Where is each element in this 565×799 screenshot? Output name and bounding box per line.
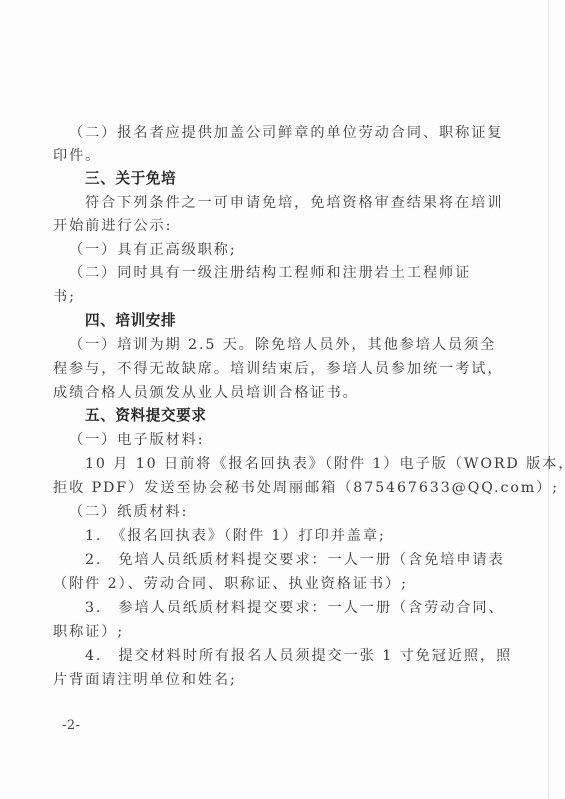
text-line: （附件 2）、劳动合同、职称证、执业资格证书）; [53, 575, 408, 593]
text-line: 成绩合格人员颁发从业人员培训合格证书。 [53, 384, 359, 402]
text-line: （一）培训为期 2.5 天。除免培人员外，其他参培人员须全 [69, 336, 496, 354]
text-line: 职称证）; [53, 623, 124, 641]
document-page: （二）报名者应提供加盖公司鲜章的单位劳动合同、职称证复印件。三、关于免培符合下列… [0, 0, 565, 799]
text-line: 开始前进行公示: [53, 217, 172, 235]
text-line: （二）报名者应提供加盖公司鲜章的单位劳动合同、职称证复 [69, 124, 503, 142]
text-line: 拒收 PDF）发送至协会秘书处周丽邮箱（875467633@QQ.com）; [53, 479, 559, 497]
text-line: （一）具有正高级职称; [69, 241, 237, 259]
text-line: （二）纸质材料: [69, 503, 188, 521]
text-line: 片背面请注明单位和姓名; [53, 671, 237, 689]
section-heading: 三、关于免培 [85, 170, 176, 188]
section-heading: 四、培训安排 [85, 312, 176, 330]
text-line: 10 月 10 日前将《报名回执表》（附件 1）电子版（WORD 版本， [85, 455, 565, 473]
text-line: 程参与，不得无故缺席。培训结束后，参培人员参加统一考试， [53, 360, 503, 378]
text-line: 1. 《报名回执表》（附件 1）打印并盖章; [85, 527, 386, 545]
page-edge-line [548, 0, 549, 799]
text-line: （二）同时具有一级注册结构工程师和注册岩土工程师证 [69, 264, 471, 282]
text-line: （一）电子版材料: [69, 431, 204, 449]
text-line: 4. 提交材料时所有报名人员须提交一张 1 寸免冠近照，照 [85, 647, 512, 665]
text-line: 印件。 [53, 147, 101, 165]
text-line: 2. 免培人员纸质材料提交要求：一人一册（含免培申请表 [85, 551, 505, 569]
section-heading: 五、资料提交要求 [85, 407, 207, 425]
text-line: 3. 参培人员纸质材料提交要求：一人一册（含劳动合同、 [85, 599, 505, 617]
page-number: -2- [62, 718, 81, 733]
text-line: 书; [53, 288, 76, 306]
text-line: 符合下列条件之一可申请免培，免培资格审查结果将在培训 [85, 194, 503, 212]
